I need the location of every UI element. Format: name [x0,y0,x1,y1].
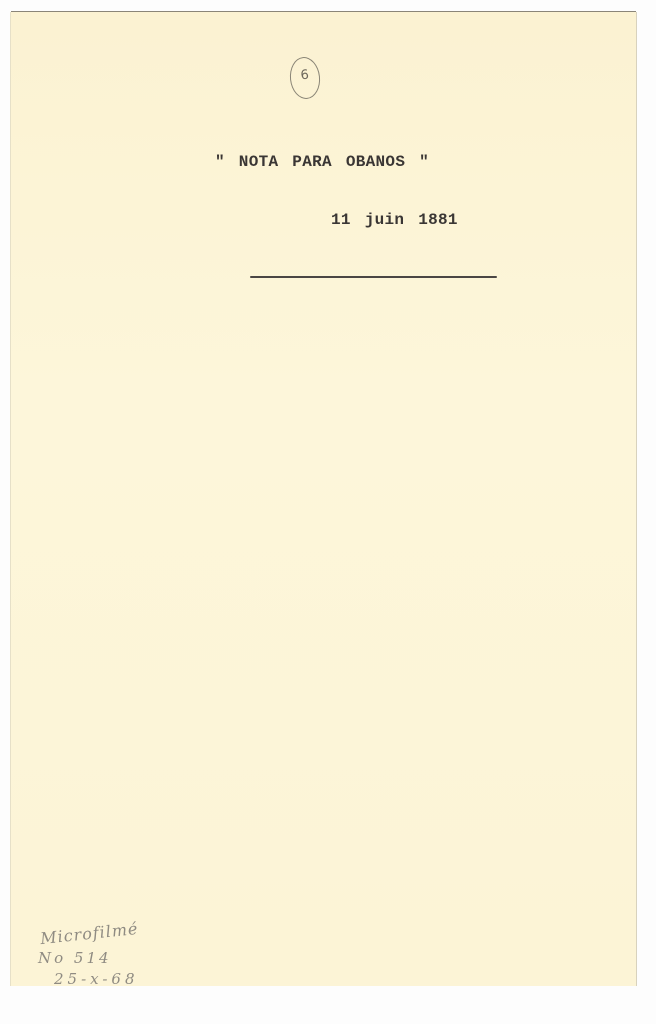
document-date: 11 juin 1881 [331,211,458,229]
page-number-circle: 6 [288,56,322,101]
page-number: 6 [290,67,319,85]
underline-rule [250,276,497,278]
microfilm-number: No 514 [38,949,112,967]
microfilm-date: 25-x-68 [54,970,139,988]
document-title: " NOTA PARA OBANOS " [215,153,429,171]
document-page: 6 " NOTA PARA OBANOS " 11 juin 1881 Micr… [11,12,636,986]
microfilm-annotation: Microfilmé [39,919,139,948]
